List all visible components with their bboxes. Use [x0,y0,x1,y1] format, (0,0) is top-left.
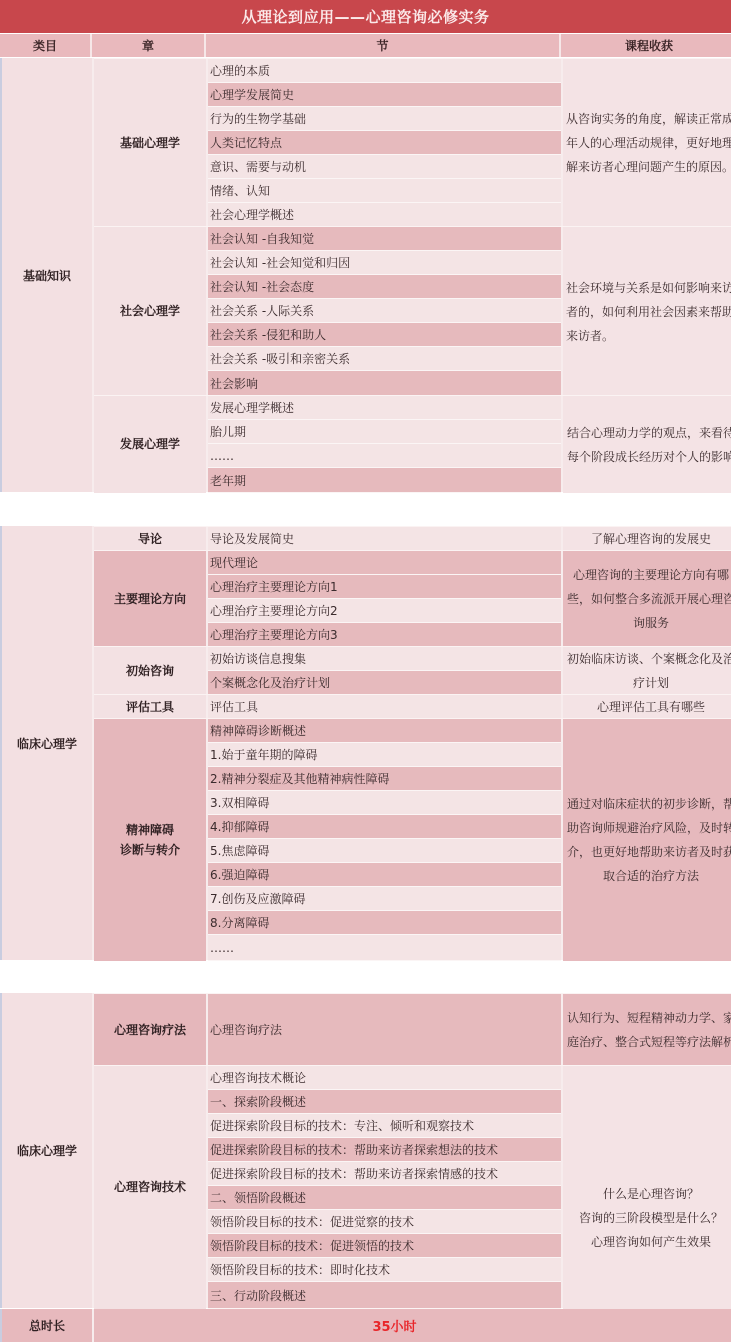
section-list: 导论及发展简史 [208,527,561,551]
outcome-cell: 初始临床访谈、个案概念化及治疗计划 [563,647,731,695]
section-item: 社会影响 [208,371,561,396]
section-item: 心理治疗主要理论方向3 [208,623,561,647]
total-duration-label: 总时长 [2,1309,92,1342]
section-item: 老年期 [208,468,561,493]
section-item: 行为的生物学基础 [208,107,561,131]
table-header: 类目 章 节 课程收获 [0,34,731,57]
section-item: 8.分离障碍 [208,911,561,935]
section-item: 心理治疗主要理论方向1 [208,575,561,599]
section-item: 促进探索阶段目标的技术：帮助来访者探索情感的技术 [208,1162,561,1186]
chapter-name: 社会心理学 [94,227,206,396]
section-item: 胎儿期 [208,420,561,444]
chapter-name: 初始咨询 [94,647,206,695]
section-item: 心理学发展简史 [208,83,561,107]
chapter-block: 发展心理学 发展心理学概述 胎儿期 …… 老年期 结合心理动力学的观点，来看待每… [94,395,731,492]
section-item: 5.焦虑障碍 [208,839,561,863]
section-item: 三、行动阶段概述 [208,1282,561,1309]
header-category: 类目 [0,34,90,57]
chapter-name: 评估工具 [94,695,206,719]
chapter-name-line: 精神障碍 [126,820,174,840]
section-item: 心理治疗主要理论方向2 [208,599,561,623]
category-cell: 临床心理学 [2,526,92,960]
section-item: 个案概念化及治疗计划 [208,671,561,695]
panel-clinical-psychology-1: 临床心理学 导论 导论及发展简史 了解心理咨询的发展史 主要理论方向 现代理论 … [0,526,731,960]
section-item: 社会关系 -人际关系 [208,299,561,323]
chapter-block: 导论 导论及发展简史 了解心理咨询的发展史 [94,526,731,550]
header-section: 节 [206,34,559,57]
chapter-block: 初始咨询 初始访谈信息搜集 个案概念化及治疗计划 初始临床访谈、个案概念化及治疗… [94,646,731,694]
section-item: 促进探索阶段目标的技术：帮助来访者探索想法的技术 [208,1138,561,1162]
outcome-cell: 社会环境与关系是如何影响来访者的，如何利用社会因素来帮助来访者。 [563,227,731,396]
section-item: 6.强迫障碍 [208,863,561,887]
chapter-name: 发展心理学 [94,396,206,493]
section-item: 情绪、认知 [208,179,561,203]
chapter-block: 心理咨询疗法 心理咨询疗法 认知行为、短程精神动力学、家庭治疗、整合式短程等疗法… [94,993,731,1065]
section-item: 社会心理学概述 [208,203,561,227]
section-item: 意识、需要与动机 [208,155,561,179]
chapter-name: 精神障碍 诊断与转介 [94,719,206,961]
total-duration-row: 总时长 35小时 [0,1309,731,1342]
chapter-name: 主要理论方向 [94,551,206,647]
section-item: 导论及发展简史 [208,527,561,551]
section-item: 社会认知 -自我知觉 [208,227,561,251]
outcome-cell: 了解心理咨询的发展史 [563,527,731,551]
section-item: 社会认知 -社会知觉和归因 [208,251,561,275]
section-item: 领悟阶段目标的技术：即时化技术 [208,1258,561,1282]
section-item: 现代理论 [208,551,561,575]
outcome-cell: 什么是心理咨询？ 咨询的三阶段模型是什么？ 心理咨询如何产生效果 [563,1066,731,1309]
section-item: 心理咨询疗法 [208,994,561,1066]
panel-clinical-psychology-2: 临床心理学 心理咨询疗法 心理咨询疗法 认知行为、短程精神动力学、家庭治疗、整合… [0,993,731,1308]
section-item: 心理的本质 [208,59,561,83]
header-outcome: 课程收获 [561,34,731,57]
section-item: …… [208,444,561,468]
chapter-block: 基础心理学 心理的本质 心理学发展简史 行为的生物学基础 人类记忆特点 意识、需… [94,58,731,226]
chapter-name: 心理咨询技术 [94,1066,206,1309]
section-item: 社会关系 -吸引和亲密关系 [208,347,561,371]
section-list: 精神障碍诊断概述 1.始于童年期的障碍 2.精神分裂症及其他精神病性障碍 3.双… [208,719,561,961]
chapter-block: 主要理论方向 现代理论 心理治疗主要理论方向1 心理治疗主要理论方向2 心理治疗… [94,550,731,646]
panel-basic-knowledge: 基础知识 基础心理学 心理的本质 心理学发展简史 行为的生物学基础 人类记忆特点… [0,58,731,492]
outcome-cell: 通过对临床症状的初步诊断，帮助咨询师规避治疗风险，及时转介，也更好地帮助来访者及… [563,719,731,961]
section-item: …… [208,935,561,961]
outcome-cell: 结合心理动力学的观点，来看待每个阶段成长经历对个人的影响 [563,396,731,493]
chapter-name: 导论 [94,527,206,551]
total-duration-value: 35小时 [94,1309,731,1342]
section-item: 评估工具 [208,695,561,719]
page-title: 从理论到应用——心理咨询必修实务 [0,0,731,33]
chapter-name: 基础心理学 [94,59,206,227]
section-item: 社会认知 -社会态度 [208,275,561,299]
section-list: 心理咨询技术概论 一、探索阶段概述 促进探索阶段目标的技术：专注、倾听和观察技术… [208,1066,561,1309]
section-item: 1.始于童年期的障碍 [208,743,561,767]
section-item: 发展心理学概述 [208,396,561,420]
section-list: 评估工具 [208,695,561,719]
chapter-name: 心理咨询疗法 [94,994,206,1066]
section-list: 发展心理学概述 胎儿期 …… 老年期 [208,396,561,493]
chapter-block: 社会心理学 社会认知 -自我知觉 社会认知 -社会知觉和归因 社会认知 -社会态… [94,226,731,395]
chapter-block: 评估工具 评估工具 心理评估工具有哪些 [94,694,731,718]
section-item: 社会关系 -侵犯和助人 [208,323,561,347]
section-list: 心理咨询疗法 [208,994,561,1066]
section-item: 一、探索阶段概述 [208,1090,561,1114]
section-list: 社会认知 -自我知觉 社会认知 -社会知觉和归因 社会认知 -社会态度 社会关系… [208,227,561,396]
section-item: 初始访谈信息搜集 [208,647,561,671]
chapter-name-line: 诊断与转介 [120,840,180,860]
header-chapter: 章 [92,34,204,57]
section-item: 人类记忆特点 [208,131,561,155]
category-cell: 基础知识 [2,58,92,492]
section-item: 心理咨询技术概论 [208,1066,561,1090]
outcome-line: 心理咨询如何产生效果 [591,1230,711,1254]
outcome-line: 什么是心理咨询？ [603,1182,699,1206]
section-item: 领悟阶段目标的技术：促进觉察的技术 [208,1210,561,1234]
section-item: 2.精神分裂症及其他精神病性障碍 [208,767,561,791]
chapter-block: 精神障碍 诊断与转介 精神障碍诊断概述 1.始于童年期的障碍 2.精神分裂症及其… [94,718,731,960]
category-cell: 临床心理学 [2,993,92,1308]
outcome-cell: 认知行为、短程精神动力学、家庭治疗、整合式短程等疗法解析 [563,994,731,1066]
section-item: 精神障碍诊断概述 [208,719,561,743]
section-item: 促进探索阶段目标的技术：专注、倾听和观察技术 [208,1114,561,1138]
outcome-cell: 心理评估工具有哪些 [563,695,731,719]
section-item: 7.创伤及应激障碍 [208,887,561,911]
chapter-block: 心理咨询技术 心理咨询技术概论 一、探索阶段概述 促进探索阶段目标的技术：专注、… [94,1065,731,1308]
section-item: 4.抑郁障碍 [208,815,561,839]
section-list: 现代理论 心理治疗主要理论方向1 心理治疗主要理论方向2 心理治疗主要理论方向3 [208,551,561,647]
section-list: 心理的本质 心理学发展简史 行为的生物学基础 人类记忆特点 意识、需要与动机 情… [208,59,561,227]
section-item: 领悟阶段目标的技术：促进领悟的技术 [208,1234,561,1258]
outcome-cell: 心理咨询的主要理论方向有哪些，如何整合多流派开展心理咨询服务 [563,551,731,647]
outcome-cell: 从咨询实务的角度，解读正常成年人的心理活动规律，更好地理解来访者心理问题产生的原… [563,59,731,227]
section-item: 二、领悟阶段概述 [208,1186,561,1210]
section-item: 3.双相障碍 [208,791,561,815]
section-list: 初始访谈信息搜集 个案概念化及治疗计划 [208,647,561,695]
outcome-line: 咨询的三阶段模型是什么？ [579,1206,723,1230]
